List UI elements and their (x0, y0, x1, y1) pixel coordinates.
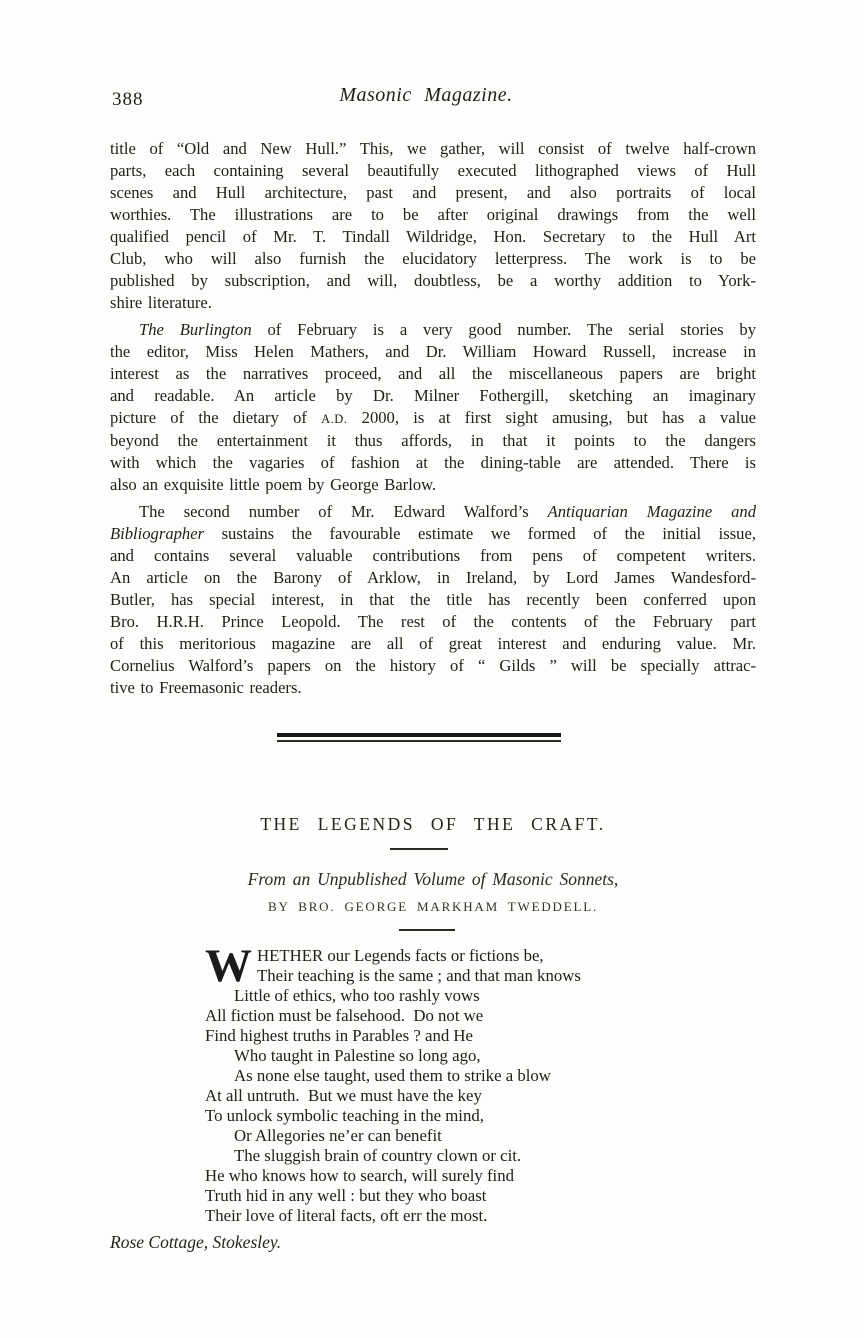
journal-title: Masonic Magazine. (110, 84, 742, 107)
poem-line: Little of ethics, who too rashly vows (205, 986, 756, 1006)
divider-thick-rule (277, 733, 561, 737)
text-segment: worthies. The illustrations are to be af… (110, 205, 756, 224)
page-header: 388 Masonic Magazine. (110, 84, 756, 112)
drop-cap: W (205, 946, 257, 985)
text-segment: The second number of Mr. Edward Walford’… (139, 502, 548, 521)
poem-line: WHETHER our Legends facts or fictions be… (205, 946, 756, 966)
text-segment: 2000, is at first sight amusing, but has… (347, 408, 756, 427)
text-segment: Cornelius Walford’s papers on the histor… (110, 656, 756, 675)
poem-line: Their teaching is the same ; and that ma… (205, 966, 756, 986)
text-line: shire literature. (110, 292, 756, 314)
text-segment: sustains the favourable estimate we form… (204, 524, 756, 543)
text-line: qualified pencil of Mr. T. Tindall Wildr… (110, 226, 756, 248)
poem-line: The sluggish brain of country clown or c… (205, 1146, 756, 1166)
text-segment: interest as the narratives proceed, and … (110, 364, 756, 383)
text-line: title of “Old and New Hull.” This, we ga… (110, 138, 756, 160)
text-segment: He who knows how to search, will surely … (205, 1166, 514, 1185)
poem-line: Or Allegories ne’er can benefit (205, 1126, 756, 1146)
article-byline: BY BRO. GEORGE MARKHAM TWEDDELL. (110, 899, 756, 915)
scanned-page: 388 Masonic Magazine. title of “Old and … (0, 0, 864, 1338)
text-line: and contains several valuable contributi… (110, 545, 756, 567)
text-segment: beyond the entertainment it thus affords… (110, 431, 756, 450)
text-segment: Their teaching is the same ; and that ma… (257, 966, 581, 985)
text-segment: and contains several valuable contributi… (110, 546, 756, 565)
text-segment: of this meritorious magazine are all of … (110, 634, 756, 653)
poem-line: At all untruth. But we must have the key (205, 1086, 756, 1106)
poem-line: Who taught in Palestine so long ago, (205, 1046, 756, 1066)
text-line: parts, each containing several beautiful… (110, 160, 756, 182)
text-segment: Truth hid in any well : but they who boa… (205, 1186, 486, 1205)
text-segment: Club, who will also furnish the elucidat… (110, 249, 756, 268)
text-segment: and readable. An article by Dr. Milner F… (110, 386, 756, 405)
text-segment: The sluggish brain of country clown or c… (234, 1146, 521, 1165)
review-paragraphs: title of “Old and New Hull.” This, we ga… (110, 138, 756, 699)
byline-rule (399, 929, 455, 932)
text-segment: Bro. H.R.H. Prince Leopold. The rest of … (110, 612, 756, 631)
text-segment: Little of ethics, who too rashly vows (234, 986, 480, 1005)
paragraph: The second number of Mr. Edward Walford’… (110, 501, 756, 699)
text-segment: parts, each containing several beautiful… (110, 161, 756, 180)
text-line: with which the vagaries of fashion at th… (110, 452, 756, 474)
text-line: Cornelius Walford’s papers on the histor… (110, 655, 756, 677)
text-segment: To unlock symbolic teaching in the mind, (205, 1106, 484, 1125)
poem-line: All fiction must be falsehood. Do not we (205, 1006, 756, 1026)
text-line: Bibliographer sustains the favourable es… (110, 523, 756, 545)
text-segment: published by subscription, and will, dou… (110, 271, 756, 290)
text-segment: picture of the dietary of (110, 408, 321, 427)
text-segment: A.D. (321, 412, 347, 426)
paragraph: title of “Old and New Hull.” This, we ga… (110, 138, 756, 314)
text-segment: also an exquisite little poem by George … (110, 475, 436, 494)
text-segment: scenes and Hull architecture, past and p… (110, 183, 756, 202)
text-line: of this meritorious magazine are all of … (110, 633, 756, 655)
text-line: The Burlington of February is a very goo… (110, 319, 756, 341)
text-line: the editor, Miss Helen Mathers, and Dr. … (110, 341, 756, 363)
text-line: Club, who will also furnish the elucidat… (110, 248, 756, 270)
text-segment: All fiction must be falsehood. Do not we (205, 1006, 483, 1025)
text-segment: with which the vagaries of fashion at th… (110, 453, 756, 472)
text-line: interest as the narratives proceed, and … (110, 363, 756, 385)
divider-thin-rule (277, 740, 561, 742)
text-line: Bro. H.R.H. Prince Leopold. The rest of … (110, 611, 756, 633)
paragraph: The Burlington of February is a very goo… (110, 319, 756, 496)
poem-line: Find highest truths in Parables ? and He (205, 1026, 756, 1046)
article-title: THE LEGENDS OF THE CRAFT. (110, 814, 756, 835)
poem-line: Truth hid in any well : but they who boa… (205, 1186, 756, 1206)
sonnet-poem: WHETHER our Legends facts or fictions be… (205, 946, 756, 1226)
page-content: 388 Masonic Magazine. title of “Old and … (110, 0, 756, 1253)
text-line: An article on the Barony of Arklow, in I… (110, 567, 756, 589)
text-segment: the editor, Miss Helen Mathers, and Dr. … (110, 342, 756, 361)
text-segment: HETHER our Legends facts or fictions be, (257, 946, 544, 965)
text-line: scenes and Hull architecture, past and p… (110, 182, 756, 204)
text-segment: Bibliographer (110, 524, 204, 543)
text-segment: of February is a very good number. The s… (252, 320, 756, 339)
text-line: The second number of Mr. Edward Walford’… (110, 501, 756, 523)
poem-line: As none else taught, used them to strike… (205, 1066, 756, 1086)
poem-line: Their love of literal facts, oft err the… (205, 1206, 756, 1226)
text-segment: title of “Old and New Hull.” This, we ga… (110, 139, 756, 158)
text-line: and readable. An article by Dr. Milner F… (110, 385, 756, 407)
section-divider (277, 733, 561, 742)
text-segment: tive to Freemasonic readers. (110, 678, 302, 697)
author-address-signature: Rose Cottage, Stokesley. (110, 1232, 756, 1253)
text-segment: An article on the Barony of Arklow, in I… (110, 568, 756, 587)
text-segment: The Burlington (139, 320, 252, 339)
poem-line: To unlock symbolic teaching in the mind, (205, 1106, 756, 1126)
text-segment: Who taught in Palestine so long ago, (234, 1046, 481, 1065)
text-segment: At all untruth. But we must have the key (205, 1086, 482, 1105)
text-line: picture of the dietary of A.D. 2000, is … (110, 407, 756, 430)
text-segment: Or Allegories ne’er can benefit (234, 1126, 442, 1145)
text-segment: Find highest truths in Parables ? and He (205, 1026, 473, 1045)
text-line: worthies. The illustrations are to be af… (110, 204, 756, 226)
text-line: also an exquisite little poem by George … (110, 474, 756, 496)
text-segment: Antiquarian Magazine and (548, 502, 756, 521)
text-segment: Their love of literal facts, oft err the… (205, 1206, 487, 1225)
text-line: Butler, has special interest, in that th… (110, 589, 756, 611)
text-line: tive to Freemasonic readers. (110, 677, 756, 699)
text-segment: qualified pencil of Mr. T. Tindall Wildr… (110, 227, 756, 246)
poem-line: He who knows how to search, will surely … (205, 1166, 756, 1186)
text-segment: Butler, has special interest, in that th… (110, 590, 756, 609)
text-segment: As none else taught, used them to strike… (234, 1066, 551, 1085)
title-rule (390, 848, 448, 850)
text-line: beyond the entertainment it thus affords… (110, 430, 756, 452)
article-subtitle: From an Unpublished Volume of Masonic So… (110, 869, 756, 890)
text-segment: shire literature. (110, 293, 212, 312)
text-line: published by subscription, and will, dou… (110, 270, 756, 292)
